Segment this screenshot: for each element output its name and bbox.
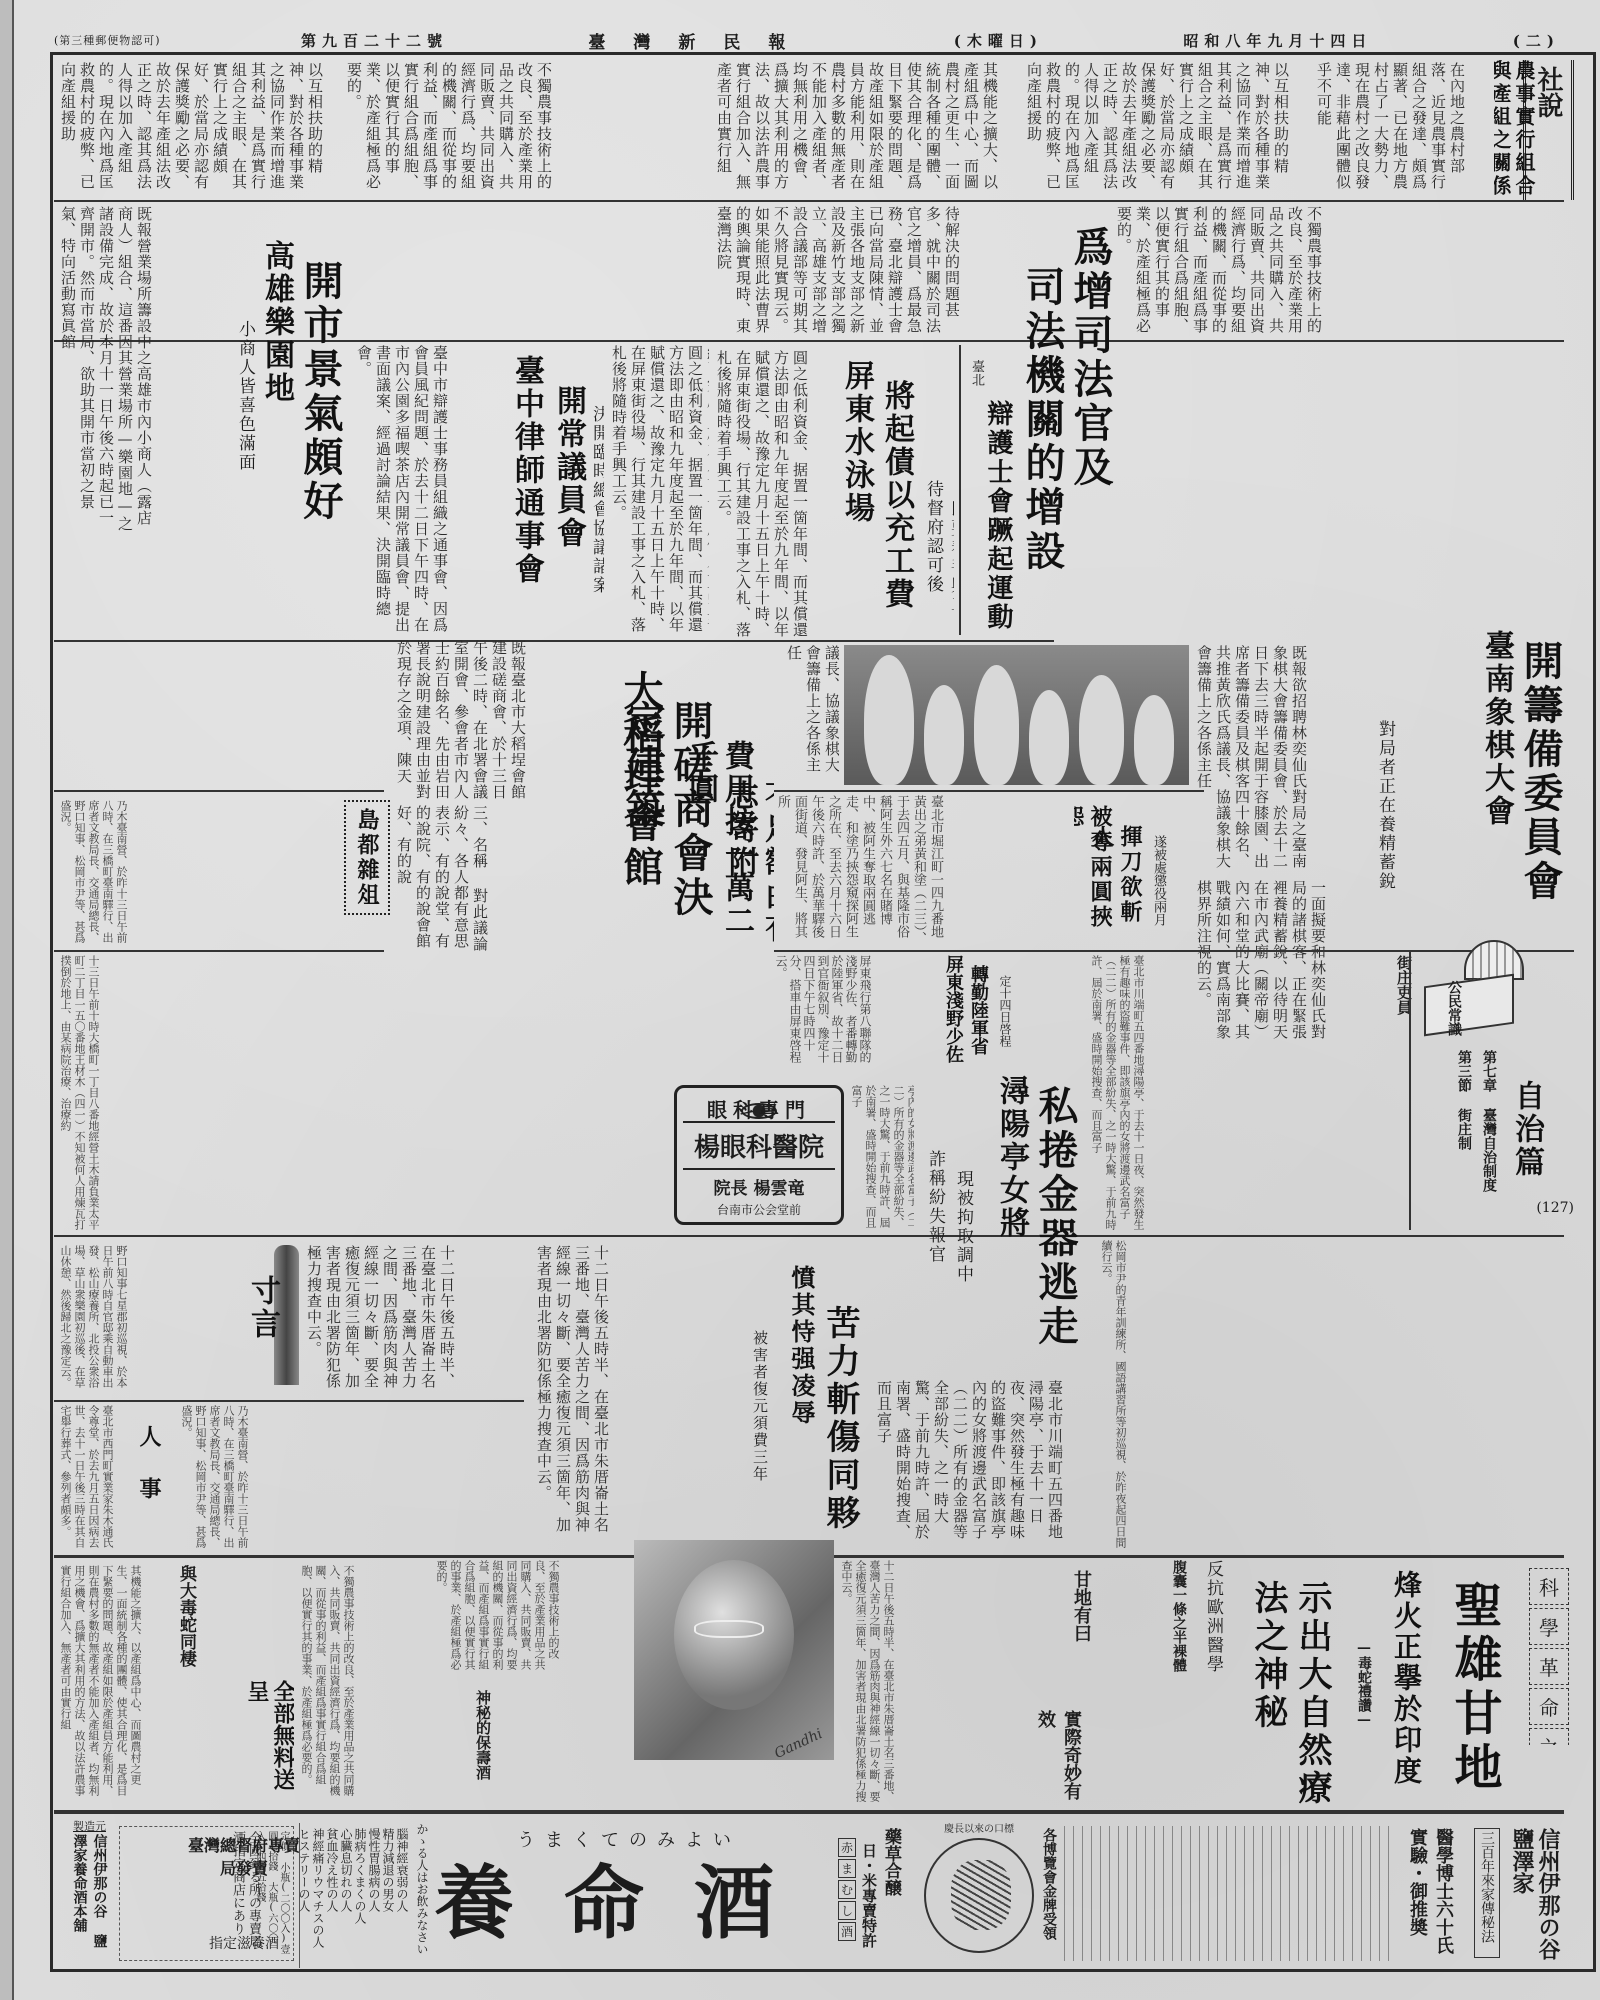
- date: 昭和八年九月十四日: [1183, 30, 1372, 51]
- tag-char: 之: [1529, 1728, 1569, 1745]
- editorial-lead-text: 在內地之農村部落、近見農事實行組合之發達、頗爲顯著、已在地方農村占了一大勢力、現…: [1314, 62, 1466, 197]
- book-lamp-icon: [1424, 940, 1524, 1030]
- asano-headline-2: 轉勤陸軍省: [967, 965, 989, 1055]
- kaohsiung-sub-headline: 小商人皆喜色滿面: [234, 320, 256, 472]
- maker-name: 信州伊那の谷 鹽澤家養命酒本舖: [70, 1834, 110, 1959]
- mystery-wine-label: 神秘的保壽酒: [473, 1690, 494, 1780]
- self-gov-number: (127): [1536, 1200, 1574, 1216]
- divider: [1409, 950, 1411, 1230]
- ad-maker: 製造元 信州伊那の谷 鹽澤家養命酒本舖: [62, 1818, 117, 1968]
- judiciary-text: 現在本島司法界正待解決的問題甚多、就中關於司法官之增員、爲最急務、臺北辯護士會已…: [714, 206, 959, 336]
- island-notes-1: 乃木臺南營、於昨十三日午前八時、在三橋町臺南驛行、出席者文教局長、交通局總長、野…: [58, 800, 340, 950]
- laborer-headline-2: 苦力斬傷同夥: [816, 1305, 864, 1533]
- science-revolution-tag: 科 學 革 命 之: [1529, 1565, 1569, 1745]
- yomeishu-ad: 製造元 信州伊那の谷 鹽澤家養命酒本舖 定價 小瓶(二〇〇入)壹圓七拾錢 大瓶(…: [54, 1818, 1564, 1968]
- pool-text: 既報屏東街役場要建設之水泳場、因計畫經已完成、於九月十二日局借入一萬三千圓之低利…: [714, 350, 809, 650]
- editorial-body: 不獨農事技術上的改良、至於產業用品之共同購入、共同販賣、共同出資經濟行爲、均要組…: [344, 62, 553, 197]
- judiciary-body: 現在本島司法界正待解決的問題甚多、就中關於司法官之增員、爲最急務、臺北辯護士會已…: [714, 206, 959, 336]
- phoenix-seal-icon: [924, 1838, 1034, 1953]
- gandhi-body-2: 十二日午後五時半、在臺北市朱厝崙土名三番地、臺灣人苦力之間、因爲筋肉與神經線一切…: [839, 1560, 949, 1805]
- hall-item: 三、名稱 對此議論紛々、各人都有意思表示、有的說堂、有的說院、有的說會館好、有的…: [394, 805, 489, 955]
- snake-label: 與大毒蛇同棲: [174, 1565, 219, 1715]
- audience-intro: かゝる人はお飲みなさい: [415, 1823, 429, 1963]
- taichung-text: 臺中市辯護士事務員組織之通事會、因爲會員風紀問題、於去十二日下午四時、在市內公園…: [354, 345, 449, 635]
- gandhi-body-3: 不獨農事技術上的改良、至於產業用品之共同購入、共同販賣、共同出資經濟行爲、均要組…: [434, 1560, 629, 1680]
- chess-headline-2: 開籌備委員會: [1516, 640, 1564, 904]
- masthead: (第三種郵便物認可) 第九百二十二號 臺灣新民報 (木曜日) 昭和八年九月十四日…: [54, 28, 1560, 52]
- personnel-header: 人事: [124, 1405, 174, 1550]
- herb-label: 藥草合醸: [879, 1828, 904, 1896]
- kaohsiung-body: 既報營業場所籌設中之高雄市內小商人（露店商人）組合、這番因其營業場所—樂園地—之…: [58, 206, 233, 536]
- pool-continued: 既報屏東街役場要建設之水泳場、因計畫經已完成、於九月十二日局借入一萬三千圓之低利…: [609, 345, 709, 635]
- laborer-text: 十二日午後五時半、在臺北市朱厝崙土名三番地、臺灣人苦力之間、因爲筋肉與神經線一切…: [304, 1245, 456, 1395]
- editorial-title: 農事實行組合與產組之關係: [1494, 60, 1536, 200]
- divider: [54, 1235, 1564, 1237]
- chess-committee-photo: [844, 645, 1189, 785]
- ad-patent: 藥草合醸 日・米專賣特許 赤 ま む し 酒: [834, 1828, 904, 1958]
- kana-boxes: 赤 ま む し 酒: [838, 1838, 856, 1941]
- island-notes-2: 十三日午前十時大橋町一丁目八番地經營土木請負業太平町二丁目一五〇番地王材木（四一…: [58, 955, 388, 1230]
- taichung-headline-2: 開常議員會: [550, 385, 586, 550]
- medal-label: 各博覽會金牌受領: [1039, 1828, 1059, 1958]
- gandhi-headline-3: 反抗歐洲醫學: [1202, 1560, 1224, 1674]
- page-number: (二): [1513, 30, 1560, 51]
- hall-headline-4: 不足額由有志寄附: [722, 780, 774, 960]
- theft-headline-2: 私捲金器逃走: [1031, 1085, 1079, 1349]
- taichung-headline: 臺中律師通事會 開常議員會 決開臨時總會協議諸案: [494, 345, 604, 635]
- eye-clinic-address: 台南市公会堂前: [683, 1201, 835, 1218]
- divider: [54, 790, 384, 792]
- gandhi-headline-b: 反抗歐洲醫學 示出大自然療法之神秘 —毒蛇禮讚—: [1194, 1560, 1374, 1810]
- kaohsiung-text: 既報營業場所籌設中之高雄市內小商人（露店商人）組合、這番因其營業場所—樂園地—之…: [58, 206, 153, 536]
- audience-item: ヒステリーの人: [296, 1828, 313, 1963]
- gandhi-headline-2: 聖雄甘地: [1444, 1580, 1504, 1796]
- robbery-body: 臺北市堀江町一四九番地黃出之弟黃和塗（二三）、于去四五月、與基隆市俗稱阿生外六七…: [774, 795, 1069, 945]
- theft-sub-2: 現被拘取調中: [952, 1170, 974, 1284]
- kana-char: む: [838, 1880, 856, 1899]
- kana-char: 酒: [838, 1922, 856, 1941]
- gandhi-quote-label: 甘地有曰: [1068, 1570, 1094, 1642]
- kana-char: 赤: [838, 1838, 856, 1857]
- pool-text: 既報屏東街役場要建設之水泳場、因計畫經已完成、於九月十二日局借入一萬三千圓之低利…: [609, 345, 709, 635]
- gandhi-portrait: Gandhi: [634, 1540, 834, 1760]
- asano-sub-headline: 定十四日啓程: [997, 975, 1014, 1047]
- gandhi-quote: 甘地有曰 實際奇妙有效: [954, 1560, 1094, 1810]
- proverbs-body: 野口知事七星郡初巡視、於本日午前八時自官邸乘自動車出發、松山療養所、北投公衆浴場…: [58, 1245, 238, 1395]
- editorial-col-b: 其機能之擴大、以產組爲中心、而圖農村之更生、一面統制各種的團體、使其合理化、是爲…: [714, 62, 1019, 197]
- chess-sub-headline: 對局者正在養精蓄銳: [1374, 720, 1396, 891]
- gandhi-sub: 腹囊一條之半裸體: [1169, 1560, 1189, 1672]
- chess-headline-1: 臺南象棋大會: [1478, 630, 1514, 828]
- editorial-body: 其機能之擴大、以產組爲中心、而圖農村之更生、一面統制各種的團體、使其合理化、是爲…: [714, 62, 999, 197]
- judiciary-headline-1: 爲增司法官及: [1066, 226, 1114, 490]
- editorial-col-c: 不獨農事技術上的改良、至於產業用品之共同購入、共同販賣、共同出資經濟行爲、均要組…: [344, 62, 709, 197]
- judiciary-sub-region: 臺北: [967, 360, 986, 386]
- theft-text: 臺北市川端町五四番地潯陽亭、于去十一日夜、突然發生極有趣味的盜難事件、即該旗亭內…: [874, 1380, 1064, 1545]
- laborer-headline-1: 憤其恃强凌辱: [783, 1265, 819, 1427]
- gandhi-text: 十二日午後五時半、在臺北市朱厝崙土名三番地、臺灣人苦力之間、因爲筋肉與神經線一切…: [839, 1560, 895, 1805]
- gandhi-headline-1: 烽火正擧於印度: [1388, 1570, 1424, 1787]
- theft-sub-1: 詐稱紛失報官: [924, 1150, 946, 1264]
- misc-text: 不獨農事技術上的改良、至於產業用品之共同購入、共同販賣、共同出資經濟行爲、均要組…: [299, 1565, 355, 1805]
- tag-char: 命: [1529, 1688, 1569, 1725]
- chess-text: 既報欲招聘林奕仙氏對局之臺南象棋大會籌備委員會、於去十二日下去三時半起開于容膝園…: [1194, 645, 1308, 870]
- tag-char: 學: [1529, 1608, 1569, 1645]
- newspaper-page: (第三種郵便物認可) 第九百二十二號 臺灣新民報 (木曜日) 昭和八年九月十四日…: [14, 0, 1600, 2000]
- robbery-sub-headline: 遂被處懲役兩月: [1149, 835, 1168, 926]
- island-note: 乃木臺南營、於昨十三日午前八時、在三橋町臺南驛行、出席者文教局長、交通局總長、野…: [58, 800, 128, 950]
- judiciary-subheadline: 臺北 辯護士會蹶起運動: [964, 340, 1014, 640]
- editorial-header: 社說 農事實行組合與產組之關係: [1494, 60, 1574, 210]
- gandhi-body: 腹囊一條之半裸體: [1099, 1560, 1189, 1810]
- patent-label: 日・米專賣特許: [859, 1843, 880, 1948]
- designated-tonic-label: 指定滋養酒: [189, 1933, 299, 1953]
- mystery-wine: 神秘的保壽酒: [434, 1690, 494, 1805]
- theft-body: 臺北市川端町五四番地潯陽亭、于去十一日夜、突然發生極有趣味的盜難事件、即該旗亭內…: [849, 1085, 914, 1235]
- page-left-edge: [0, 0, 14, 2000]
- snake-label-text: 與大毒蛇同棲: [174, 1565, 199, 1667]
- taichung-body: 臺中市辯護士事務員組織之通事會、因爲會員風紀問題、於去十二日下午四時、在市內公園…: [354, 345, 489, 635]
- proverbs-header: 寸言: [244, 1245, 304, 1395]
- tag-char: 科: [1529, 1568, 1569, 1605]
- pool-headline-1: 屏東水泳場: [838, 360, 874, 525]
- misc-body-2: 不獨農事技術上的改良、至於產業用品之共同購入、共同販賣、共同出資經濟行爲、均要組…: [299, 1565, 429, 1805]
- self-gov-section-title: 第三節 街庄制: [1454, 1050, 1474, 1150]
- misc-news: 臺北市川端町五四番地潯陽亭、于去十一日夜、突然發生極有趣味的盜難事件、即該旗亭內…: [1089, 955, 1389, 1230]
- pool-sub-1: 待督府認可後: [922, 480, 944, 594]
- asano-headline: 屏東淺野少佐 轉勤陸軍省 定十四日啓程: [934, 955, 1014, 1065]
- misc-body: 乃木臺南營、於昨十三日午前八時、在三橋町臺南驛行、出席者文教局長、交通局總長、野…: [179, 1405, 524, 1550]
- theft-subs: 詐稱紛失報官 現被拘取調中: [914, 1150, 974, 1350]
- chess-body: 既報欲招聘林奕仙氏對局之臺南象棋大會籌備委員會、於去十二日下去三時半起開于容膝園…: [1194, 645, 1369, 870]
- theft-headline: 潯陽亭女將 私捲金器逃走: [974, 1075, 1084, 1375]
- laborer-sub-headline: 被害者復元須費三年: [749, 1330, 771, 1483]
- product-name: 養命酒: [434, 1858, 824, 1948]
- kaohsiung-headline: 高雄樂園地 開市景氣頗好: [254, 200, 354, 540]
- laborer-body: 十二日午後五時半、在臺北市朱厝崙土名三番地、臺灣人苦力之間、因爲筋肉與神經線一切…: [534, 1245, 744, 1545]
- self-gov-title: 自治篇: [1508, 1080, 1544, 1179]
- misc-text: 松岡市尹的青年訓練所、國語講習所等初巡視、於昨夜起四日間續行云。: [1099, 1240, 1127, 1550]
- kana-char: し: [838, 1901, 856, 1920]
- tag-char: 革: [1529, 1648, 1569, 1685]
- editorial-body: 以互相扶助的精神、對於各種事業之協同作業而增進其利益、是爲實行組合之主眼、在其實…: [58, 62, 324, 197]
- self-gov-item-label: 街庄吏員: [1394, 955, 1415, 1015]
- editorial-col-d: 以互相扶助的精神、對於各種事業之協同作業而增進其利益、是爲實行組合之主眼、在其實…: [58, 62, 338, 197]
- maker-label: 製造元: [62, 1818, 117, 1834]
- official-sale-label: 臺灣總督府專賣局發賣: [184, 1833, 304, 1879]
- personnel-title: 人事: [135, 1425, 163, 1529]
- laborer-sub: 被害者復元須費三年: [749, 1330, 774, 1550]
- editorial-lead: 在內地之農村部落、近見農事實行組合之發達、頗爲顯著、已在地方農村占了一大勢力、現…: [1314, 62, 1484, 197]
- theft-text: 臺北市川端町五四番地潯陽亭、于去十一日夜、突然發生極有趣味的盜難事件、即該旗亭內…: [849, 1085, 914, 1235]
- gandhi-effect-label: 實際奇妙有效: [1032, 1710, 1084, 1810]
- issue-number: 第九百二十二號: [301, 30, 448, 51]
- judiciary-sub-headline: 辯護士會蹶起運動: [982, 400, 1014, 632]
- hall-text: 既報臺北市大稻埕會館建設磋商會、於十三日午後二時、在北署會議室開會、參會者市內人…: [394, 640, 527, 800]
- hall-body: 既報臺北市大稻埕會館建設磋商會、於十三日午後二時、在北署會議室開會、參會者市內人…: [394, 640, 569, 800]
- lower-right-news: 松岡市尹的青年訓練所、國語講習所等初巡視、於昨夜起四日間續行云。: [1099, 1240, 1569, 1550]
- ad-audience-list: かゝる人はお飲みなさい 腦神經衰弱の人 精力減退の男女 慢性胃腸病の人 肺病ろく…: [299, 1823, 429, 1968]
- divider: [959, 345, 961, 635]
- island-notes-title-box: 島都雜俎: [344, 800, 390, 915]
- snake-body: 其機能之擴大、以產組爲中心、而圖農村之更生、一面統制各種的團體、使其合理化、是爲…: [58, 1565, 168, 1805]
- theft-headline-1: 潯陽亭女將: [993, 1075, 1029, 1240]
- misc-text: 乃木臺南營、於昨十三日午前八時、在三橋町臺南驛行、出席者文教局長、交通局總長、野…: [179, 1405, 249, 1550]
- hall-items: 三、名稱 對此議論紛々、各人都有意思表示、有的說堂、有的說院、有的說會館好、有的…: [394, 805, 569, 955]
- proverbs-title: 寸言: [244, 1275, 280, 1341]
- pool-sub-2: 即要着手興工: [946, 500, 954, 614]
- tradition-label: 三百年來家傳秘法: [1474, 1828, 1500, 1958]
- seal-text: 慶長以來の口標: [924, 1820, 1034, 1835]
- kaohsiung-sub: 小商人皆喜色滿面: [234, 320, 264, 530]
- chess-text: 既報欲招聘林奕仙氏對局之臺南象棋大會籌備委員會、於去十二日下去三時半起開于容膝園…: [784, 645, 839, 785]
- pool-headline-2: 將起債以充工費: [878, 380, 914, 611]
- doctors-endorsement: 醫學博士六十氏 實驗・御推奬: [1404, 1828, 1456, 1958]
- weekday: (木曜日): [954, 30, 1043, 51]
- laborer-headline: 憤其恃强凌辱 苦力斬傷同夥: [774, 1245, 864, 1545]
- postal-note: (第三種郵便物認可): [54, 32, 161, 48]
- gandhi-headline-4: 示出大自然療法之神秘: [1246, 1580, 1334, 1810]
- kaohsiung-headline-2: 開市景氣頗好: [296, 260, 344, 524]
- personnel-body: 臺北市西門町實業家朱木通氏令尊堂、於去九月五日因病去世、去十一日午後三時在其自宅…: [58, 1405, 120, 1550]
- asano-text: 屏東飛行第八聯隊的淺野少佐、者番轉勤於陸軍省、故十二日到官衙叙別、豫定十四日下午…: [774, 955, 872, 1065]
- self-gov-chapter: 第七章 臺灣自治制度: [1479, 1050, 1499, 1192]
- kana-char: ま: [838, 1859, 856, 1878]
- laborer-continued: 十二日午後五時半、在臺北市朱厝崙土名三番地、臺灣人苦力之間、因爲筋肉與神經線一切…: [304, 1245, 529, 1395]
- divider: [54, 1810, 1564, 1814]
- editorial-continued: 不獨農事技術上的改良、至於產業用品之共同購入、共同販賣、共同出資經濟行爲、均要組…: [1114, 206, 1569, 336]
- island-notes-title: 島都雜俎: [353, 808, 381, 908]
- paper-name: 臺灣新民報: [588, 28, 813, 53]
- personnel-text: 臺北市西門町實業家朱木通氏令尊堂、於去九月五日因病去世、去十一日午後三時在其自宅…: [58, 1405, 114, 1550]
- editorial-body: 以互相扶助的精神、對於各種事業之協同作業而增進其利益、是爲實行組合之主眼、在其實…: [1024, 62, 1290, 197]
- eye-clinic-ad: 眼科專門 楊眼科醫院 院長 楊雲竜 台南市公会堂前: [674, 1085, 844, 1225]
- chess-headline: 臺南象棋大會 開籌備委員會: [1474, 600, 1574, 940]
- robbery-text: 臺北市堀江町一四九番地黃出之弟黃和塗（二三）、于去四五月、與基隆市俗稱阿生外六七…: [774, 795, 944, 945]
- eye-clinic-director: 院長 楊雲竜: [683, 1174, 835, 1199]
- portrait-signature: Gandhi: [772, 1726, 825, 1760]
- divider: [774, 790, 1204, 792]
- theft-continued: 臺北市川端町五四番地潯陽亭、于去十一日夜、突然發生極有趣味的盜難事件、即該旗亭內…: [874, 1380, 1094, 1545]
- self-gov-section: 公民常識 自治篇 (127) 第七章 臺灣自治制度 第三節 街庄制: [1414, 930, 1574, 1230]
- gandhi-byline: —毒蛇禮讚—: [1354, 1640, 1374, 1728]
- pool-headline: 屏東水泳場 將起債以充工費 待督府認可後 即要着手興工: [814, 350, 954, 650]
- divider: [54, 950, 384, 952]
- snake-text: 其機能之擴大、以產組爲中心、而圖農村之更生、一面統制各種的團體、使其合理化、是爲…: [58, 1565, 142, 1805]
- robbery-headline-2: 揮刀欲斬人: [1088, 825, 1144, 945]
- gandhi-headline: 烽火正擧於印度 聖雄甘地: [1374, 1560, 1524, 1810]
- self-gov-item: 街庄吏員: [1394, 955, 1419, 1075]
- free-offer-label: 全部無料送呈: [244, 1680, 294, 1805]
- misc-text: 臺北市川端町五四番地潯陽亭、于去十一日夜、突然發生極有趣味的盜難事件、即該旗亭內…: [1089, 955, 1145, 1230]
- robbery-headline: 被奪兩圓挾怨 揮刀欲斬人 遂被處懲役兩月: [1074, 795, 1174, 945]
- proverb-text: 野口知事七星郡初巡視、於本日午前八時自官邸乘自動車出發、松山療養所、北投公衆浴場…: [58, 1245, 128, 1395]
- ad-tagline: うまくてのみよい: [434, 1826, 824, 1852]
- divider: [54, 1400, 524, 1402]
- pool-body: 既報屏東街役場要建設之水泳場、因計畫經已完成、於九月十二日局借入一萬三千圓之低利…: [714, 350, 809, 650]
- island-note: 十三日午前十時大橋町一丁目八番地經營土木請負業太平町二丁目一五〇番地王材木（四一…: [58, 955, 100, 1230]
- brand-name: 信州伊那の谷 鹽澤家: [1509, 1828, 1561, 1963]
- hall-headline: 大稻埕會館 開磋商會決定建築 費用按一萬二千圓 不足額由有志寄附: [574, 640, 774, 960]
- editorial-body: 不獨農事技術上的改良、至於產業用品之共同購入、共同販賣、共同出資經濟行爲、均要組…: [1114, 206, 1323, 336]
- judiciary-headline-2: 司法機關的增設: [1018, 266, 1066, 574]
- asano-body: 屏東飛行第八聯隊的淺野少佐、者番轉勤於陸軍省、故十二日到官衙叙別、豫定十四日下午…: [774, 955, 929, 1065]
- asano-headline-1: 屏東淺野少佐: [942, 955, 964, 1063]
- laborer-text: 十二日午後五時半、在臺北市朱厝崙土名三番地、臺灣人苦力之間、因爲筋肉與神經線一切…: [534, 1245, 610, 1545]
- eye-clinic-top: 眼科專門: [683, 1094, 835, 1123]
- taichung-sub-headline: 決開臨時總會協議諸案: [588, 405, 604, 595]
- free-offer: 全部無料送呈: [244, 1680, 294, 1805]
- eye-clinic-name: 楊眼科醫院: [683, 1121, 835, 1170]
- gandhi-text: 不獨農事技術上的改良、至於產業用品之共同購入、共同販賣、共同出資經濟行爲、均要組…: [434, 1560, 560, 1680]
- civic-knowledge-badge: 公民常識: [1444, 980, 1464, 1036]
- editorial-col-a: 以互相扶助的精神、對於各種事業之協同作業而增進其利益、是爲實行組合之主眼、在其實…: [1024, 62, 1309, 197]
- taichung-headline-1: 臺中律師通事會: [508, 355, 544, 586]
- judiciary-headline: 爲增司法官及 司法機關的增設: [1014, 206, 1114, 676]
- doctors-list: [1064, 1826, 1394, 1961]
- chess-committee-text: 既報欲招聘林奕仙氏對局之臺南象棋大會籌備委員會、於去十二日下去三時半起開于容膝園…: [784, 645, 839, 785]
